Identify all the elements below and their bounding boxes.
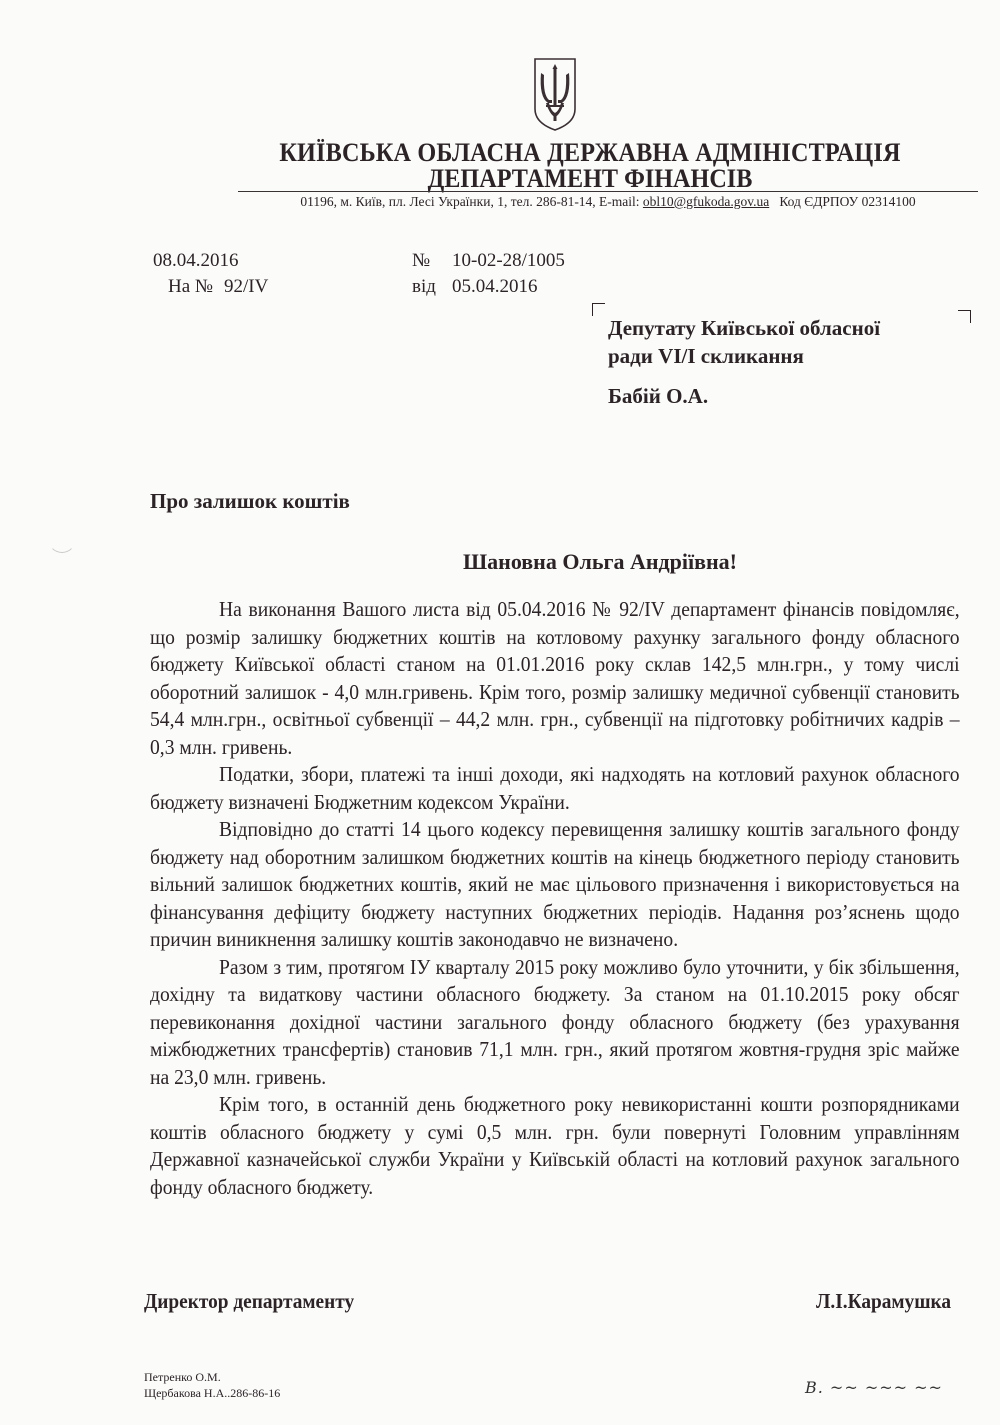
body-paragraph: Податки, збори, платежі та інші доходи, … — [150, 761, 960, 816]
outgoing-number: 10-02-28/1005 — [452, 250, 597, 272]
from-label: від — [412, 276, 436, 298]
edrpou-code: Код ЄДРПОУ 02314100 — [779, 194, 915, 209]
executors-block: Петренко О.М. Щербакова Н.А..286-86-16 — [144, 1369, 280, 1401]
addressee-block: Депутату Київської обласної ради VI/I ск… — [608, 314, 880, 410]
addressee-line-1: Депутату Київської обласної — [608, 314, 880, 342]
reply-to-number: 92/IV — [224, 276, 367, 298]
addressee-line-2: ради VI/I скликання — [608, 342, 880, 370]
letter-body: На виконання Вашого листа від 05.04.2016… — [150, 596, 960, 1201]
body-paragraph: На виконання Вашого листа від 05.04.2016… — [150, 596, 960, 761]
department-name: ДЕПАРТАМЕНТ ФІНАНСІВ — [265, 164, 916, 194]
email-link[interactable]: obl10@gfukoda.gov.ua — [643, 194, 769, 209]
salutation: Шановна Ольга Андріївна! — [170, 549, 1000, 575]
contact-line: 01196, м. Київ, пл. Лесі Українки, 1, те… — [238, 193, 978, 211]
body-paragraph: Відповідно до статті 14 цього кодексу пе… — [150, 816, 960, 954]
addressee-name: Бабій О.А. — [608, 382, 880, 410]
scan-artifact — [48, 525, 76, 553]
signatory-title: Директор департаменту — [144, 1289, 354, 1314]
handwritten-note: В. ~~ ~~~ ~~ — [805, 1378, 943, 1397]
reply-to-label: На № — [168, 276, 213, 298]
header-divider — [238, 191, 978, 192]
body-paragraph: Крім того, в останній день бюджетного ро… — [150, 1091, 960, 1201]
addressee-corner-mark-left — [592, 303, 605, 316]
signatory-name: Л.І.Карамушка — [816, 1289, 951, 1314]
addressee-corner-mark-right — [958, 310, 971, 323]
executor-1: Петренко О.М. — [144, 1369, 280, 1385]
number-label: № — [412, 250, 430, 272]
body-paragraph: Разом з тим, протягом ІУ кварталу 2015 р… — [150, 954, 960, 1092]
trident-coat-of-arms-icon — [532, 57, 578, 132]
address-text: 01196, м. Київ, пл. Лесі Українки, 1, те… — [300, 194, 643, 209]
letter-subject: Про залишок коштів — [150, 489, 350, 514]
executor-2: Щербакова Н.А..286-86-16 — [144, 1385, 280, 1401]
from-date: 05.04.2016 — [452, 276, 597, 298]
outgoing-date: 08.04.2016 — [153, 250, 367, 272]
